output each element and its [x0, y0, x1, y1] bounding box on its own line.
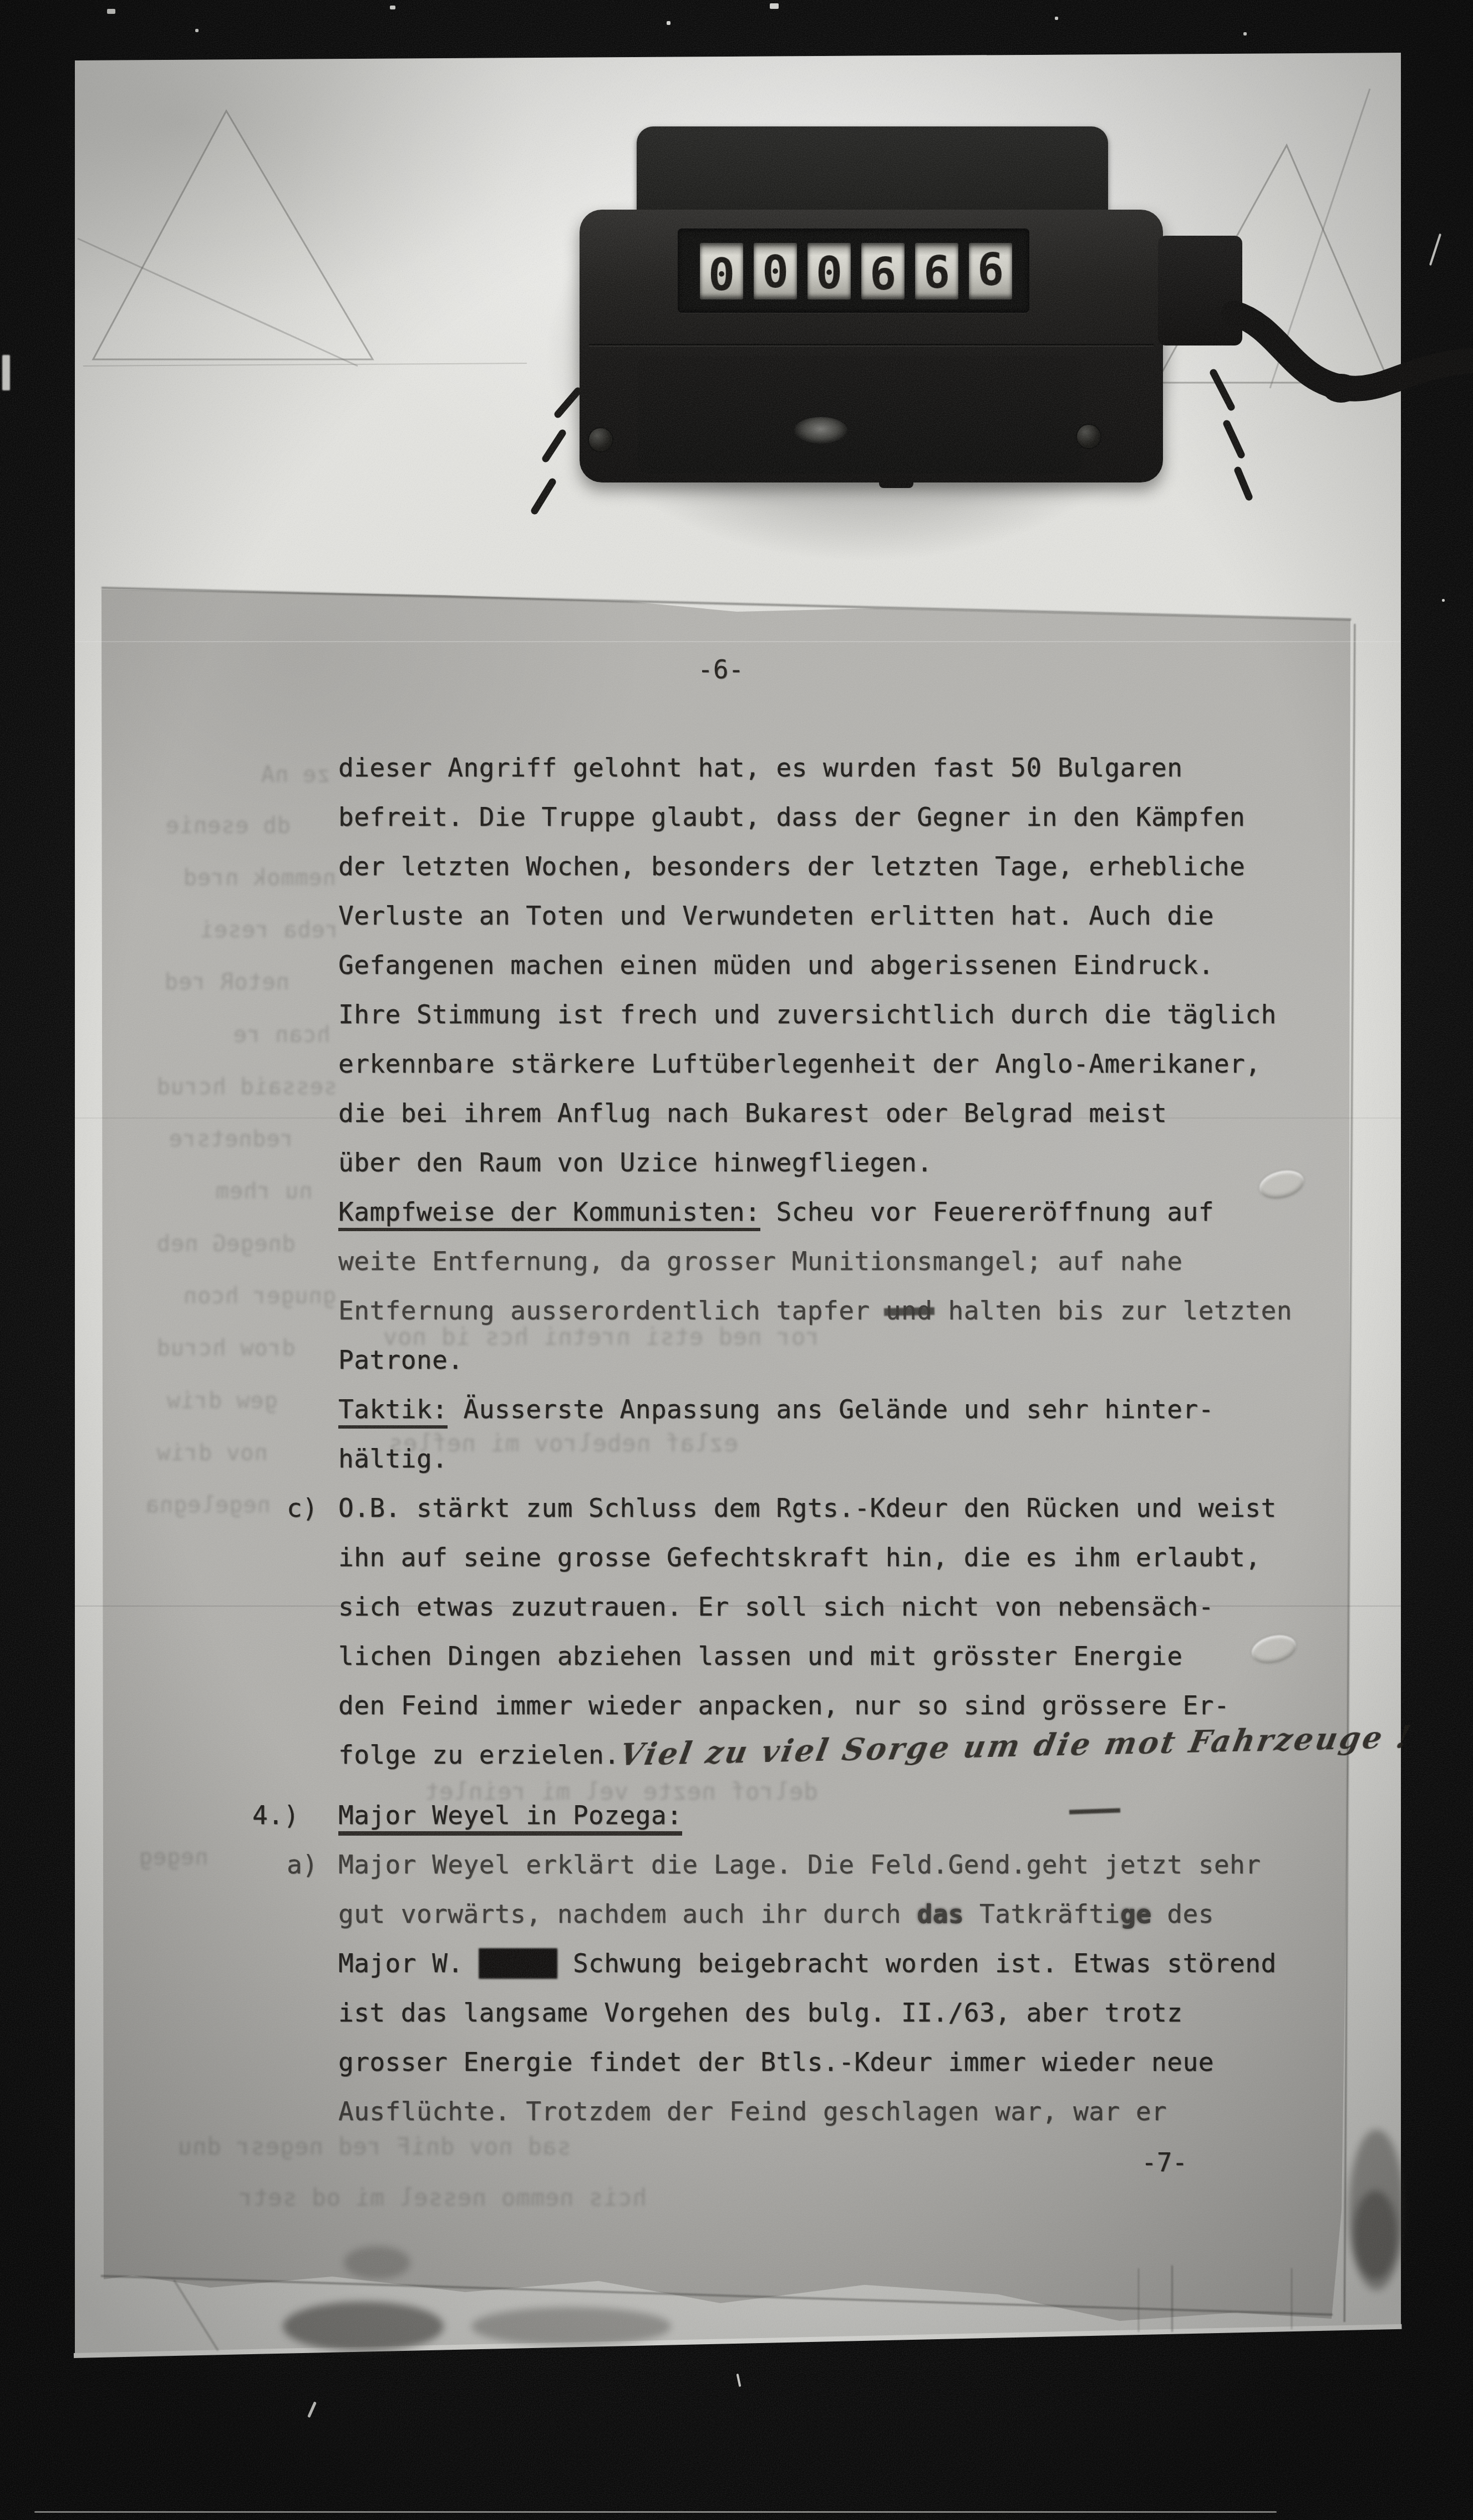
vignette — [0, 0, 1473, 2520]
photo-scan: 000666 -6- -7- dieser Angriff gelohnt ha… — [0, 0, 1473, 2520]
